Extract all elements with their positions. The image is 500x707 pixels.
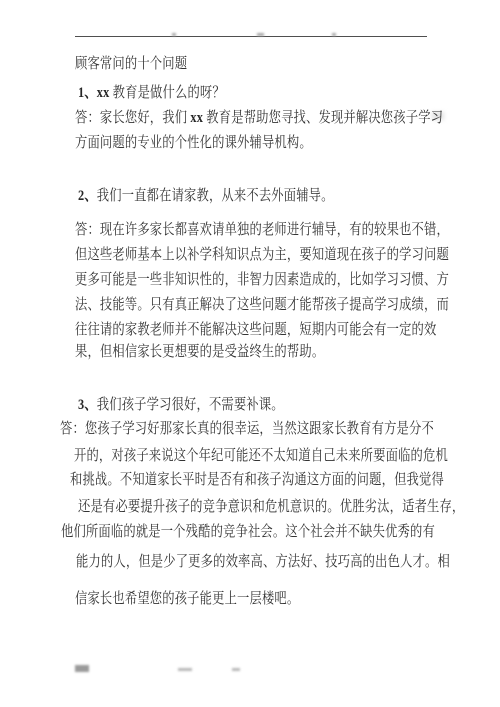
text-segment: 1、xx (78, 85, 113, 101)
answer-2-line-6: 果，但相信家长更想要的是受益终生的帮助。 (75, 345, 324, 360)
bottom-remnant-3 (232, 668, 240, 671)
answer-2-line-4: 法、技能等。只有真正解决了这些问题才能帮孩子提高学习成绩，而 (75, 298, 449, 313)
header-rule (75, 36, 427, 37)
document-page: 顾客常问的十个问题1、xx 教育是做什么的呀？答：家长您好，我们 xx 教育是帮… (0, 0, 500, 707)
bottom-remnant-1 (75, 665, 89, 672)
answer-1-line-1: 答：家长您好，我们 xx 教育是帮助您寻找、发现并解决您孩子学习 (75, 111, 443, 126)
text-segment: 还是有必要提升孩子的竞争意识和危机意识的。优胜劣汰，适者生存， (78, 499, 464, 515)
text-segment: 2、 (78, 188, 97, 204)
header-tick-2 (257, 33, 264, 36)
bottom-remnant-2 (178, 668, 192, 671)
text-segment: 答：家长您好，我们 (75, 110, 190, 126)
answer-3-line-4: 还是有必要提升孩子的竞争意识和危机意识的。优胜劣汰，适者生存， (78, 500, 464, 515)
text-segment: 3、 (78, 397, 97, 413)
answer-3-line-5: 他们所面临的就是一个残酷的竞争社会。这个社会并不缺失优秀的有 (61, 525, 435, 540)
text-segment: 更多可能是一些非知识性的，非智力因素造成的，比如学习习惯、方 (75, 272, 449, 288)
answer-3-line-3: 和挑战。不知道家长平时是否有和孩子沟通这方面的问题，但我觉得 (70, 473, 444, 488)
header-tick-1 (172, 33, 176, 36)
answer-2-line-3: 更多可能是一些非知识性的，非智力因素造成的，比如学习习惯、方 (75, 273, 449, 288)
question-2: 2、我们一直都在请家教，从来不去外面辅导。 (78, 189, 334, 204)
text-segment: 教育是做什么的呀？ (113, 85, 225, 101)
text-segment: 方面问题的专业的个性化的课外辅导机构。 (75, 135, 312, 151)
answer-2-line-2: 但这些老师基本上以补学科知识点为主，要知道现在孩子的学习问题 (75, 248, 449, 263)
text-segment: 答：现在许多家长都喜欢请单独的老师进行辅导，有的较果也不错， (75, 222, 449, 238)
answer-2-line-1: 答：现在许多家长都喜欢请单独的老师进行辅导，有的较果也不错， (75, 223, 449, 238)
text-segment: 法、技能等。只有真正解决了这些问题才能帮孩子提高学习成绩，而 (75, 297, 449, 313)
question-3: 3、我们孩子学习很好，不需要补课。 (78, 398, 284, 413)
answer-1-line-2: 方面问题的专业的个性化的课外辅导机构。 (75, 136, 312, 151)
text-segment: 答：您孩子学习好那家长真的很幸运，当然这跟家长教育有方是分不 (60, 421, 434, 437)
text-segment: 和挑战。不知道家长平时是否有和孩子沟通这方面的问题，但我觉得 (70, 472, 444, 488)
text-segment: 教育是帮助您寻找、发现并解决您孩子学习 (206, 110, 443, 126)
answer-3-line-2: 开的，对孩子来说这个年纪可能还不太知道自己未来所要面临的危机 (74, 449, 448, 464)
question-1: 1、xx 教育是做什么的呀？ (78, 86, 225, 101)
text-segment: 我们一直都在请家教，从来不去外面辅导。 (97, 188, 334, 204)
text-segment: 开的，对孩子来说这个年纪可能还不太知道自己未来所要面临的危机 (74, 448, 448, 464)
document-title: 顾客常问的十个问题 (75, 57, 187, 72)
answer-3-line-6: 能力的人，但是少了更多的效率高、方法好、技巧高的出色人才。相 (76, 555, 450, 570)
text-segment: 能力的人，但是少了更多的效率高、方法好、技巧高的出色人才。相 (76, 554, 450, 570)
answer-2-line-5: 往往请的家教老师并不能解决这些问题，短期内可能会有一定的效 (75, 323, 436, 338)
text-segment: 往往请的家教老师并不能解决这些问题，短期内可能会有一定的效 (75, 322, 436, 338)
answer-3-line-7: 信家长也希望您的孩子能更上一层楼吧。 (75, 592, 299, 607)
text-segment: xx (190, 110, 206, 126)
answer-3-line-1: 答：您孩子学习好那家长真的很幸运，当然这跟家长教育有方是分不 (60, 422, 434, 437)
text-segment: 但这些老师基本上以补学科知识点为主，要知道现在孩子的学习问题 (75, 247, 449, 263)
text-segment: 顾客常问的十个问题 (75, 56, 187, 72)
text-segment: 他们所面临的就是一个残酷的竞争社会。这个社会并不缺失优秀的有 (61, 524, 435, 540)
text-segment: 果，但相信家长更想要的是受益终生的帮助。 (75, 344, 324, 360)
text-segment: 信家长也希望您的孩子能更上一层楼吧。 (75, 591, 299, 607)
header-tick-3 (332, 33, 336, 36)
text-segment: 我们孩子学习很好，不需要补课。 (97, 397, 284, 413)
